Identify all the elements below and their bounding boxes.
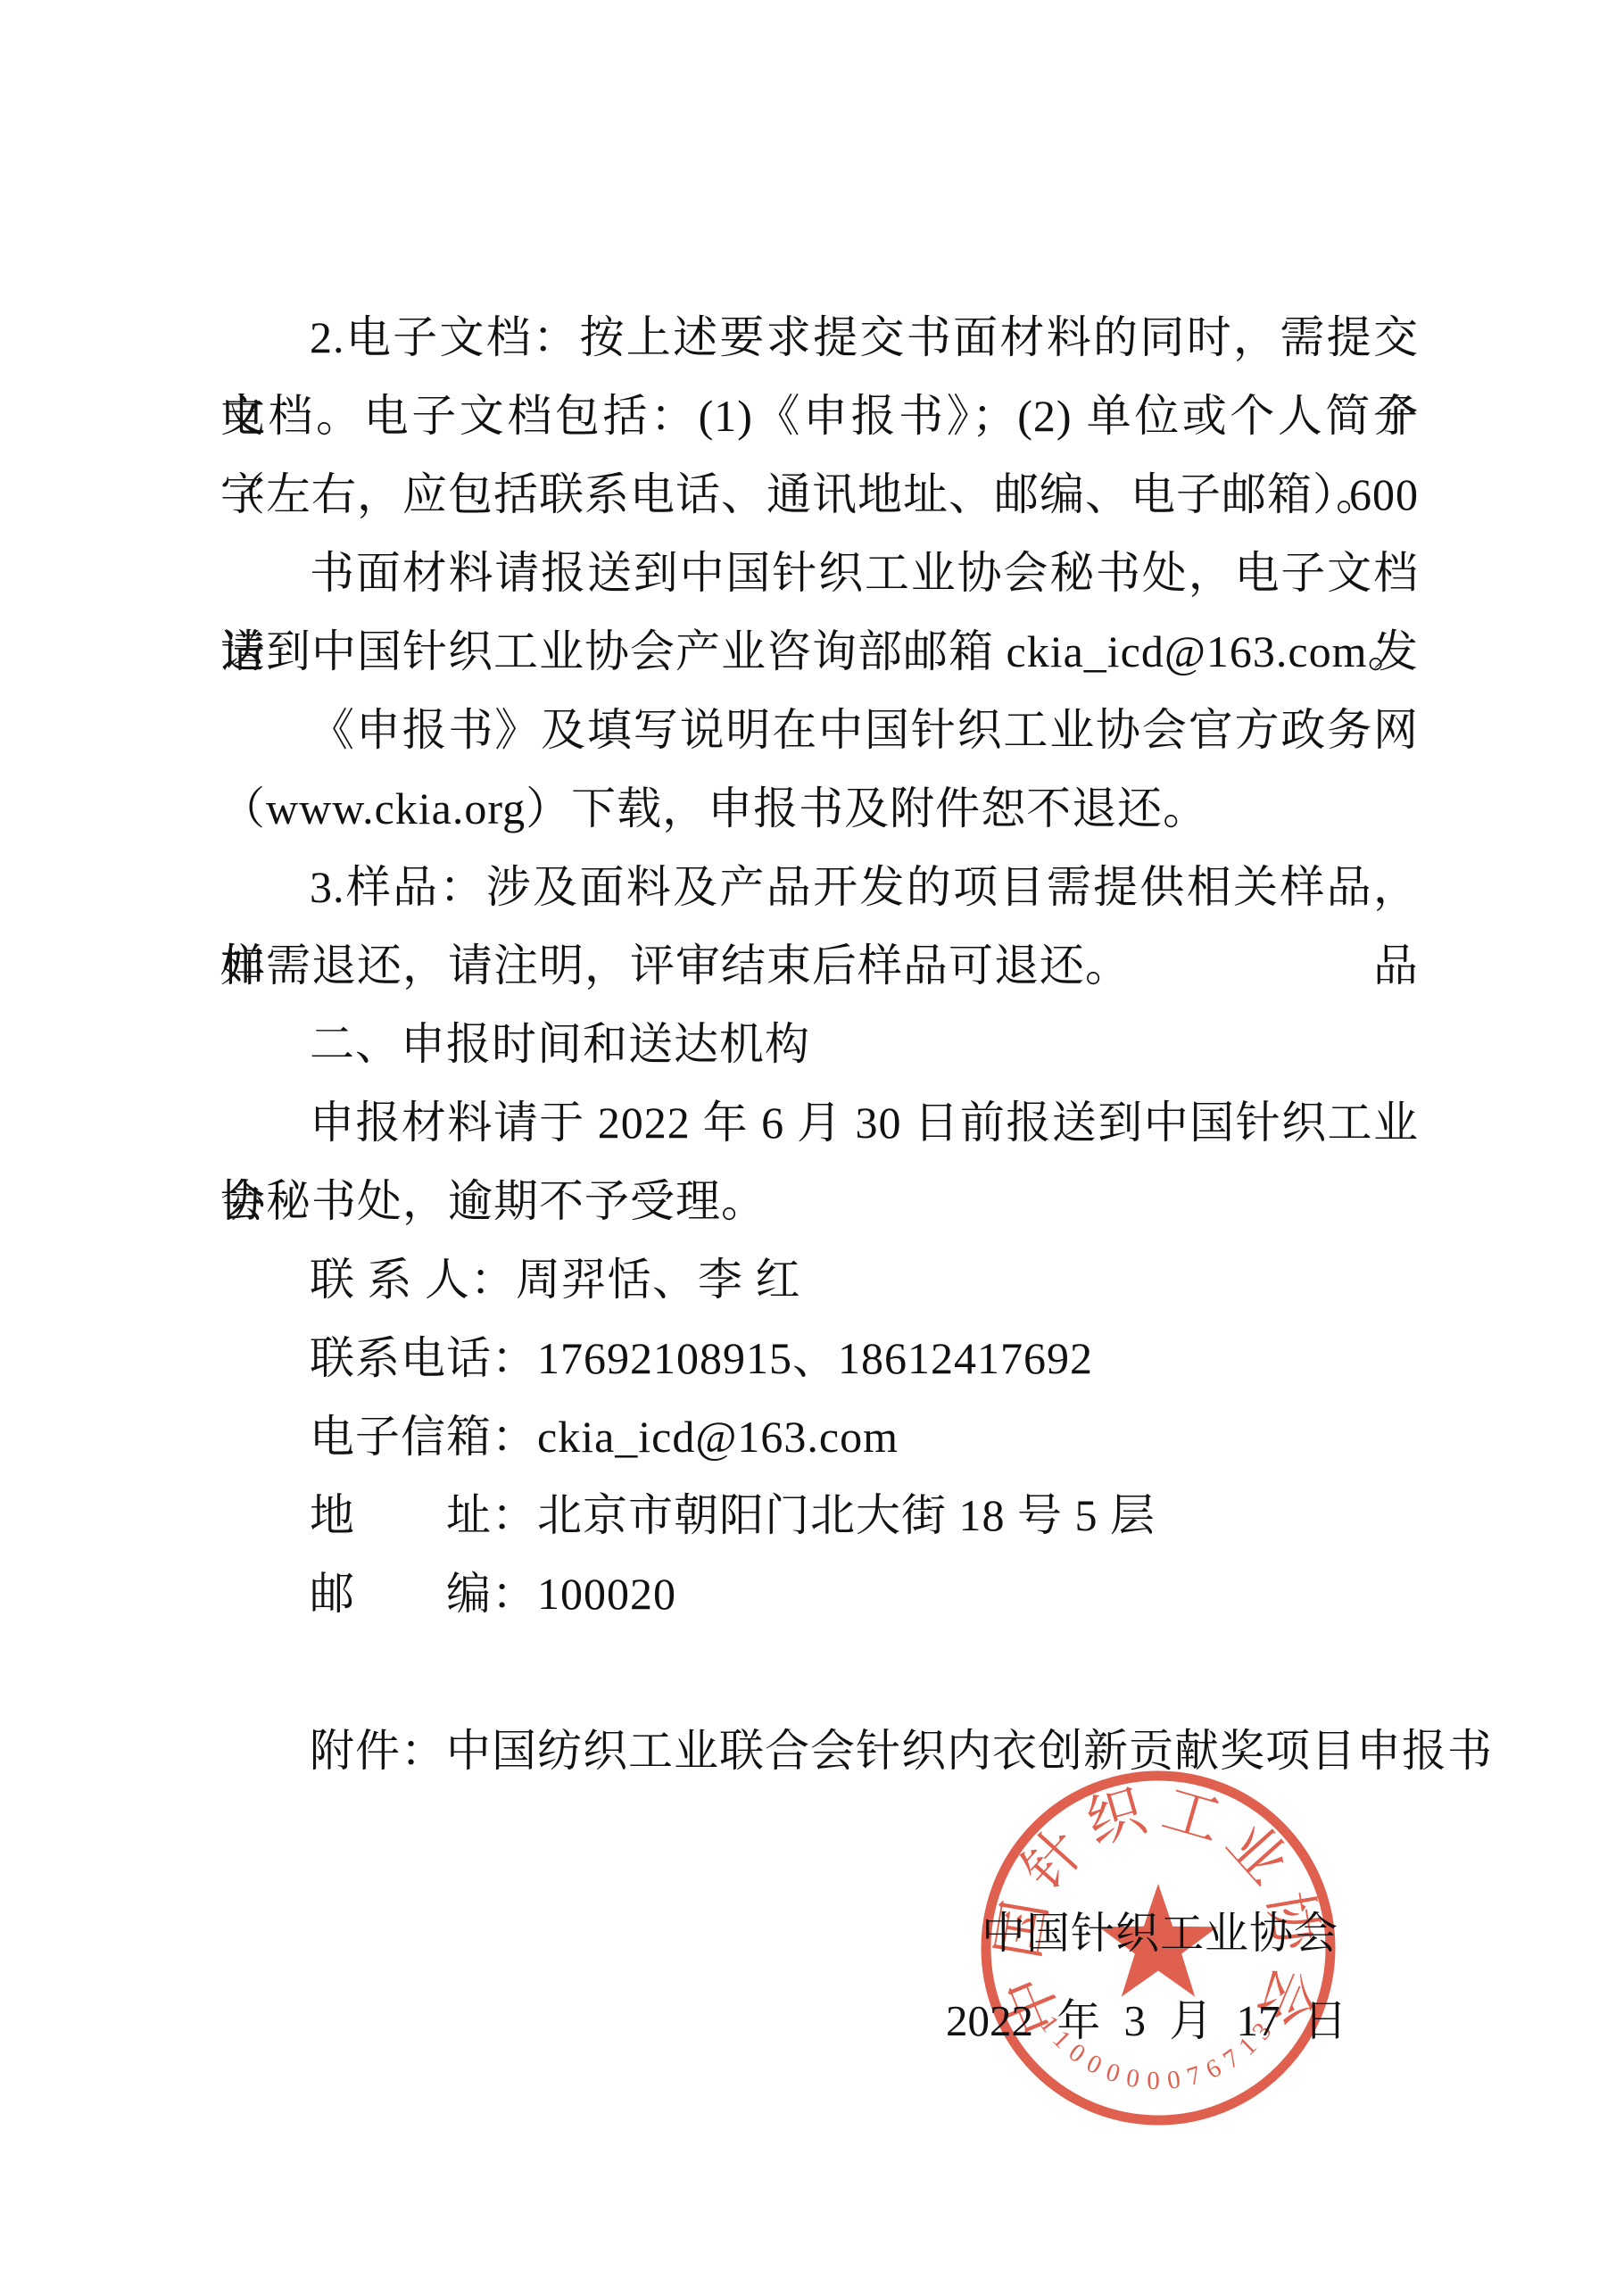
signature-date: 2022 年 3 月 17 日	[946, 1986, 1347, 2049]
text-line: 文档。电子文档包括：(1)《申报书》；(2) 单位或个人简介（600	[220, 377, 1419, 455]
document-body: 2.电子文档：按上述要求提交书面材料的同时，需提交电子文档。电子文档包括：(1)…	[220, 298, 1419, 1790]
document-page: 2.电子文档：按上述要求提交书面材料的同时，需提交电子文档。电子文档包括：(1)…	[0, 0, 1624, 2296]
text-line: 联系电话：17692108915、18612417692	[220, 1319, 1419, 1397]
signature-org: 中国针织工业协会	[982, 1899, 1338, 1961]
text-line: （www.ckia.org）下载，申报书及附件恕不退还。	[220, 769, 1419, 848]
text-line: 电子信箱：ckia_icd@163.com	[220, 1397, 1419, 1476]
text-line: 字左右，应包括联系电话、通讯地址、邮编、电子邮箱）。	[220, 455, 1419, 534]
text-line: 书面材料请报送到中国针织工业协会秘书处，电子文档请发	[220, 534, 1419, 612]
text-line: 会秘书处，逾期不予受理。	[220, 1162, 1419, 1240]
text-line: 二、申报时间和送达机构	[220, 1005, 1419, 1083]
text-line: 送到中国针织工业协会产业咨询部邮箱 ckia_icd@163.com。	[220, 612, 1419, 691]
text-line: 联 系 人：周羿恬、李 红	[220, 1240, 1419, 1319]
text-line: 《申报书》及填写说明在中国针织工业协会官方政务网	[220, 691, 1419, 769]
text-line: 邮 编：100020	[220, 1554, 1419, 1633]
text-line: 地 址：北京市朝阳门北大街 18 号 5 层	[220, 1476, 1419, 1554]
text-line: 2.电子文档：按上述要求提交书面材料的同时，需提交电子	[220, 298, 1419, 377]
text-line: 申报材料请于 2022 年 6 月 30 日前报送到中国针织工业协	[220, 1083, 1419, 1162]
text-line: 3.样品：涉及面料及产品开发的项目需提供相关样品，样品	[220, 848, 1419, 926]
